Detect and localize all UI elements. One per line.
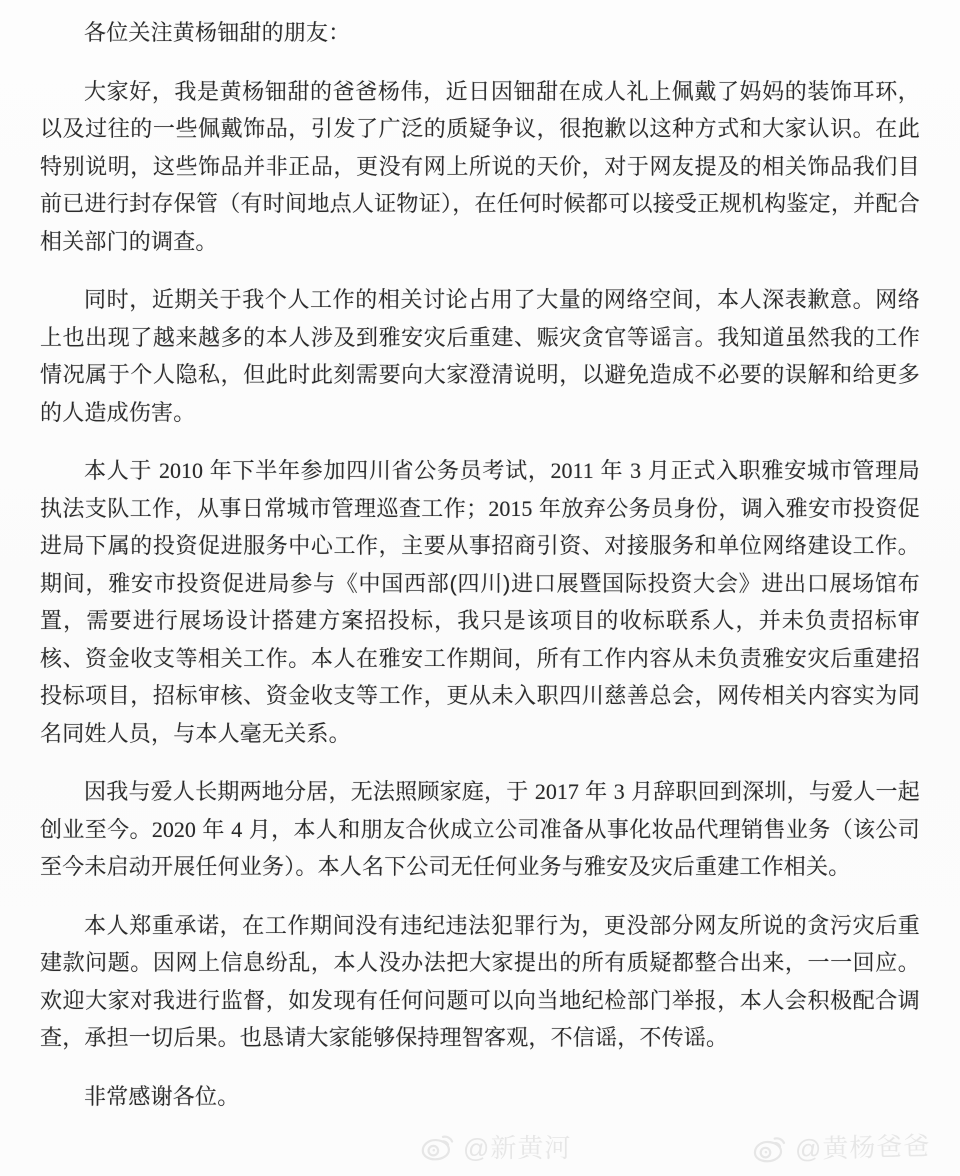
paragraph-work-history: 本人于 2010 年下半年参加四川省公务员考试，2011 年 3 月正式入职雅安… [40, 452, 920, 752]
paragraph-resignation-business: 因我与爱人长期两地分居，无法照顾家庭，于 2017 年 3 月辞职回到深圳，与爱… [40, 773, 920, 886]
watermark-handle: @黄杨爸爸 [795, 1126, 931, 1167]
paragraph-apology-jewelry: 大家好，我是黄杨钿甜的爸爸杨伟，近日因钿甜在成人礼上佩戴了妈妈的装饰耳环，以及过… [40, 73, 920, 261]
closing-thanks-line: 非常感谢各位。 [40, 1078, 920, 1116]
watermark-huangyang-baba: @黄杨爸爸 [750, 1126, 931, 1168]
weibo-logo-icon [418, 1130, 456, 1163]
watermark-xinhuanghe: @新黄河 [418, 1128, 571, 1165]
salutation-line: 各位关注黄杨钿甜的朋友： [40, 14, 920, 52]
weibo-logo-icon [750, 1131, 789, 1165]
watermark-handle: @新黄河 [463, 1128, 571, 1165]
paragraph-pledge: 本人郑重承诺，在工作期间没有违纪违法犯罪行为，更没部分网友所说的贪污灾后重建款问… [40, 907, 920, 1057]
statement-letter-page: 各位关注黄杨钿甜的朋友： 大家好，我是黄杨钿甜的爸爸杨伟，近日因钿甜在成人礼上佩… [0, 0, 960, 1176]
paragraph-rumor-clarification: 同时，近期关于我个人工作的相关讨论占用了大量的网络空间，本人深表歉意。网络上也出… [40, 281, 920, 431]
